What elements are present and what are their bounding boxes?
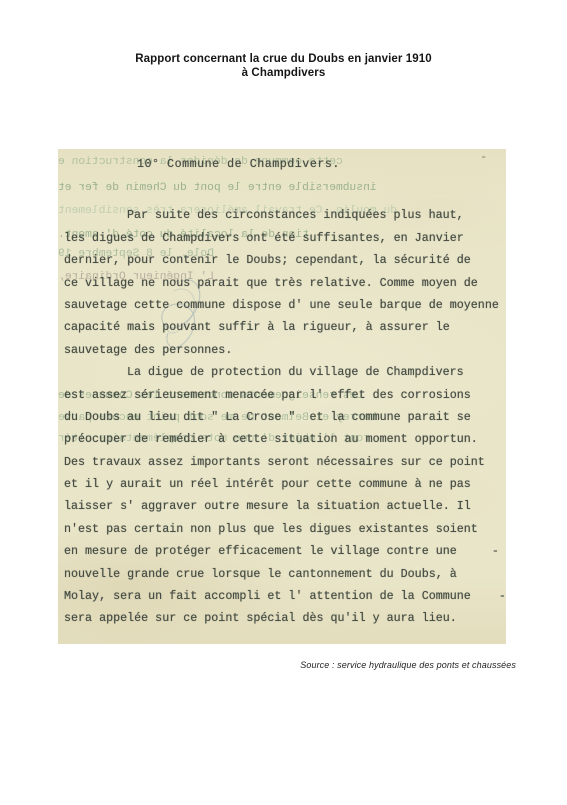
page-title: Rapport concernant la crue du Doubs en j… <box>0 53 567 80</box>
page-title-line2: à Champdivers <box>0 67 567 81</box>
typed-line: sauvetage des personnes. <box>64 343 504 365</box>
typed-line: sauvetage cette commune dispose d' une s… <box>64 298 504 320</box>
typed-line: La digue de protection du village de Cha… <box>64 365 504 387</box>
typed-line: 10° Commune de Champdivers. <box>64 157 504 179</box>
typed-line: dernier, pour contenir le Doubs; cependa… <box>64 253 504 275</box>
typed-text: 10° Commune de Champdivers.Par suite des… <box>64 157 504 634</box>
typed-line: ce village ne nous parait que très relat… <box>64 276 504 298</box>
typed-line: du Doubs au lieu dit " La Crose " et la … <box>64 410 504 432</box>
typed-line: nouvelle grande crue lorsque le cantonne… <box>64 567 504 589</box>
typed-line: et il y aurait un réel intérêt pour cett… <box>64 477 504 499</box>
typed-line: est assez sérieusement menacée par l' ef… <box>64 388 504 410</box>
typed-line: préocuper de remédier à cette situation … <box>64 432 504 454</box>
typed-line: sera appelée sur ce point spécial dès qu… <box>64 611 504 633</box>
typed-line: Par suite des circonstances indiquées pl… <box>64 208 504 230</box>
typed-line: les digues de Champdivers ont été suffis… <box>64 231 504 253</box>
typed-line: capacité mais pouvant suffir à la rigueu… <box>64 320 504 342</box>
scanned-document-image: cette commune de décider la construction… <box>58 149 506 644</box>
page-title-line1: Rapport concernant la crue du Doubs en j… <box>0 53 567 67</box>
typed-line: Molay, sera un fait accompli et l' atten… <box>64 589 504 611</box>
typed-line: en mesure de protéger efficacement le vi… <box>64 544 504 566</box>
typed-line: Des travaux assez importants seront néce… <box>64 455 504 477</box>
typed-line: n'est pas certain non plus que les digue… <box>64 522 504 544</box>
source-caption: Source : service hydraulique des ponts e… <box>300 660 516 670</box>
typed-line: laisser s' aggraver outre mesure la situ… <box>64 499 504 521</box>
report-page: Rapport concernant la crue du Doubs en j… <box>0 0 567 805</box>
